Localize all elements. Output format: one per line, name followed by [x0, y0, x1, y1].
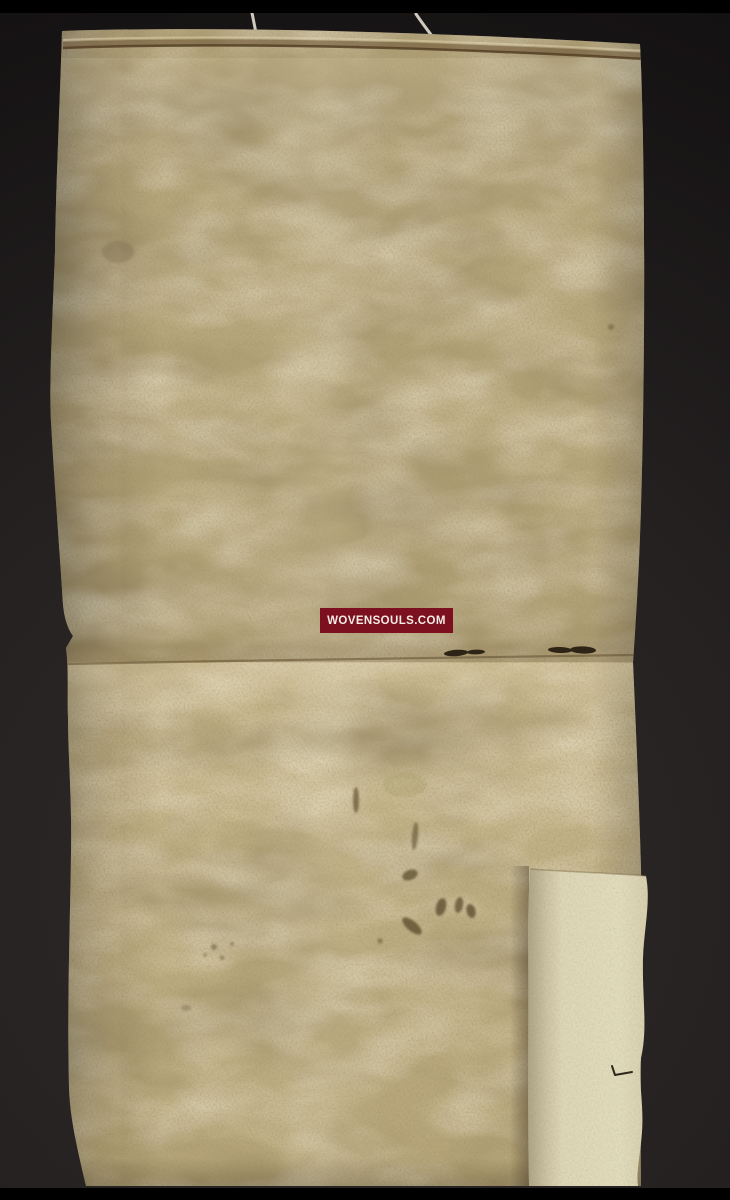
green-stain [383, 773, 427, 797]
small-spot [608, 324, 614, 330]
faint-blotch [102, 241, 134, 263]
paper-undulation-light [258, 24, 385, 1190]
bottom-frame-bar [0, 1188, 730, 1200]
paper-undulation-dark [86, 24, 160, 1190]
scroll-photo [0, 0, 730, 1200]
patch-cast-shadow [510, 866, 529, 1187]
top-frame-bar [0, 0, 730, 13]
speck-4 [230, 942, 234, 946]
smudge [181, 1005, 191, 1011]
speck-3 [203, 953, 207, 957]
speck-2 [220, 956, 224, 960]
repair-patch [520, 860, 660, 1195]
vertical-mark-1 [353, 787, 359, 813]
fold-light-below [40, 663, 655, 715]
speck-1 [211, 944, 217, 950]
photo-canvas: WOVENSOULS.COM [0, 0, 730, 1200]
patch-left-shadow [528, 860, 562, 1195]
paw-stain-dot [378, 939, 383, 944]
watermark-badge: WOVENSOULS.COM [320, 608, 453, 633]
watermark-text: WOVENSOULS.COM [327, 615, 446, 627]
